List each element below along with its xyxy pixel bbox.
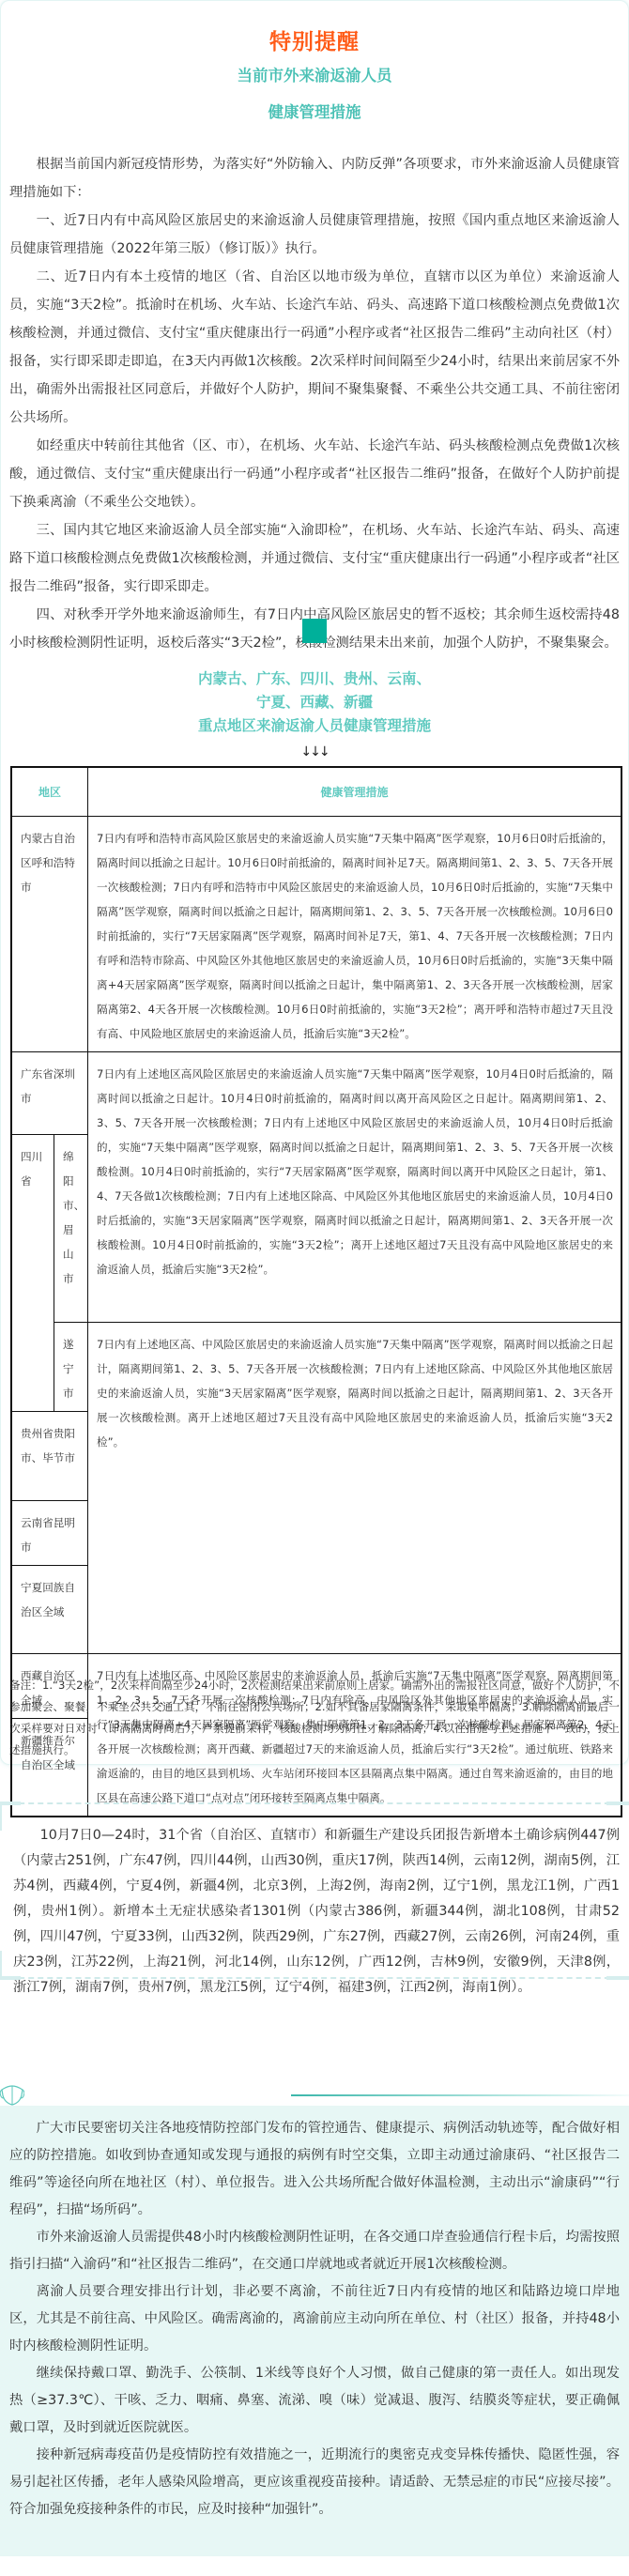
- advice-body: 广大市民要密切关注各地疫情防控部门发布的管控通告、健康提示、病例活动轨迹等，配合…: [9, 2115, 620, 2523]
- region-cell: 宁夏回族自治区全域: [12, 1566, 88, 1654]
- table-row: 广东省深圳市 7日内有上述地区高风险区旅居史的来渝返渝人员实施“7天集中隔离”医…: [12, 1052, 621, 1135]
- measures-cell: 7日内有呼和浩特市高风险区旅居史的来渝返渝人员实施“7天集中隔离”医学观察，10…: [88, 817, 621, 1052]
- daily-stats: 10月7日0—24时，31个省（自治区、直辖市）和新疆生产建设兵团报告新增本土确…: [13, 1823, 620, 2001]
- region-cell: 绵阳市、眉山市: [54, 1135, 88, 1323]
- advice-paragraph: 继续保持戴口罩、勤洗手、公筷制、1米线等良好个人习惯，做自己健康的第一责任人。如…: [9, 2360, 620, 2442]
- region-cell: 贵州省贵阳市、毕节市: [12, 1412, 88, 1501]
- notice-subtitle-line1: 当前市外来渝返渝人员: [0, 63, 629, 85]
- regions-title-line1: 内蒙古、广东、四川、贵州、云南、: [0, 667, 629, 691]
- face-mask-icon: [0, 2084, 24, 2107]
- header-region: 地区: [12, 768, 88, 817]
- table-row: 遂宁市 7日内有上述地区高、中风险区旅居史的来渝返渝人员实施“7天集中隔离”医学…: [12, 1323, 621, 1412]
- advice-paragraph: 广大市民要密切关注各地疫情防控部门发布的管控通告、健康提示、病例活动轨迹等，配合…: [9, 2115, 620, 2224]
- table-row: 内蒙古自治区呼和浩特市 7日内有呼和浩特市高风险区旅居史的来渝返渝人员实施“7天…: [12, 817, 621, 1052]
- table-header-row: 地区 健康管理措施: [12, 768, 621, 817]
- measures-cell: 7日内有上述地区高风险区旅居史的来渝返渝人员实施“7天集中隔离”医学观察，10月…: [88, 1052, 621, 1323]
- corner-decoration: [0, 1802, 21, 1805]
- transit-paragraph: 如经重庆中转前往其他省（区、市），在机场、火车站、长途汽车站、码头核酸检测点免费…: [9, 432, 620, 516]
- region-cell: 云南省昆明市: [12, 1501, 88, 1566]
- regions-title-line2: 宁夏、西藏、新疆: [0, 691, 629, 714]
- down-arrows-icon: ↓↓↓: [0, 744, 629, 759]
- region-cell: 内蒙古自治区呼和浩特市: [12, 817, 88, 1052]
- section-marker-icon: [302, 619, 327, 643]
- header-measures: 健康管理措施: [88, 768, 621, 817]
- daily-stats-text: 10月7日0—24时，31个省（自治区、直辖市）和新疆生产建设兵团报告新增本土确…: [13, 1823, 620, 2001]
- province-cell: 四川省: [12, 1135, 54, 1412]
- corner-decoration: [606, 1802, 629, 1805]
- side-decoration: [0, 1804, 2, 1831]
- regions-title-line3: 重点地区来渝返渝人员健康管理措施: [0, 714, 629, 738]
- advice-paragraph: 市外来渝返渝人员需提供48小时内核酸检测阴性证明，在各交通口岸查验通信行程卡后，…: [9, 2224, 620, 2278]
- notice-body: 根据当前国内新冠疫情形势，为落实好“外防输入、内防反弹”各项要求，市外来渝返渝人…: [9, 150, 620, 657]
- measure-paragraph-1: 一、近7日内有中高风险区旅居史的来渝返渝人员健康管理措施，按照《国内重点地区来渝…: [9, 207, 620, 263]
- side-decoration: [0, 1951, 2, 1977]
- region-cell: 遂宁市: [54, 1323, 88, 1412]
- notice-title: 特别提醒: [0, 24, 629, 55]
- advice-paragraph: 接种新冠病毒疫苗仍是疫情防控有效措施之一，近期流行的奥密克戎变异株传播快、隐匿性…: [9, 2442, 620, 2523]
- regions-measures-table: 地区 健康管理措施 内蒙古自治区呼和浩特市 7日内有呼和浩特市高风险区旅居史的来…: [10, 766, 622, 1817]
- table-note: 备注：1.“3天2检”，2次采样间隔至少24小时，2次检测结果出来前原则上居家。…: [9, 1675, 620, 1761]
- notice-subtitle-line2: 健康管理措施: [0, 100, 629, 122]
- measures-cell: 7日内有上述地区高、中风险区旅居史的来渝返渝人员实施“7天集中隔离”医学观察，隔…: [88, 1323, 621, 1654]
- advice-paragraph: 离渝人员要合理安排出行计划，非必要不离渝，不前往近7日内有疫情的地区和陆路边境口…: [9, 2278, 620, 2360]
- region-cell: 广东省深圳市: [12, 1052, 88, 1135]
- intro-paragraph: 根据当前国内新冠疫情形势，为落实好“外防输入、内防反弹”各项要求，市外来渝返渝人…: [9, 150, 620, 207]
- section-divider: [291, 2094, 629, 2096]
- measure-paragraph-3: 三、国内其它地区来渝返渝人员全部实施“入渝即检”，在机场、火车站、长途汽车站、码…: [9, 516, 620, 601]
- measure-paragraph-2: 二、近7日内有本土疫情的地区（省、自治区以地市级为单位，直辖市以区为单位）来渝返…: [9, 263, 620, 432]
